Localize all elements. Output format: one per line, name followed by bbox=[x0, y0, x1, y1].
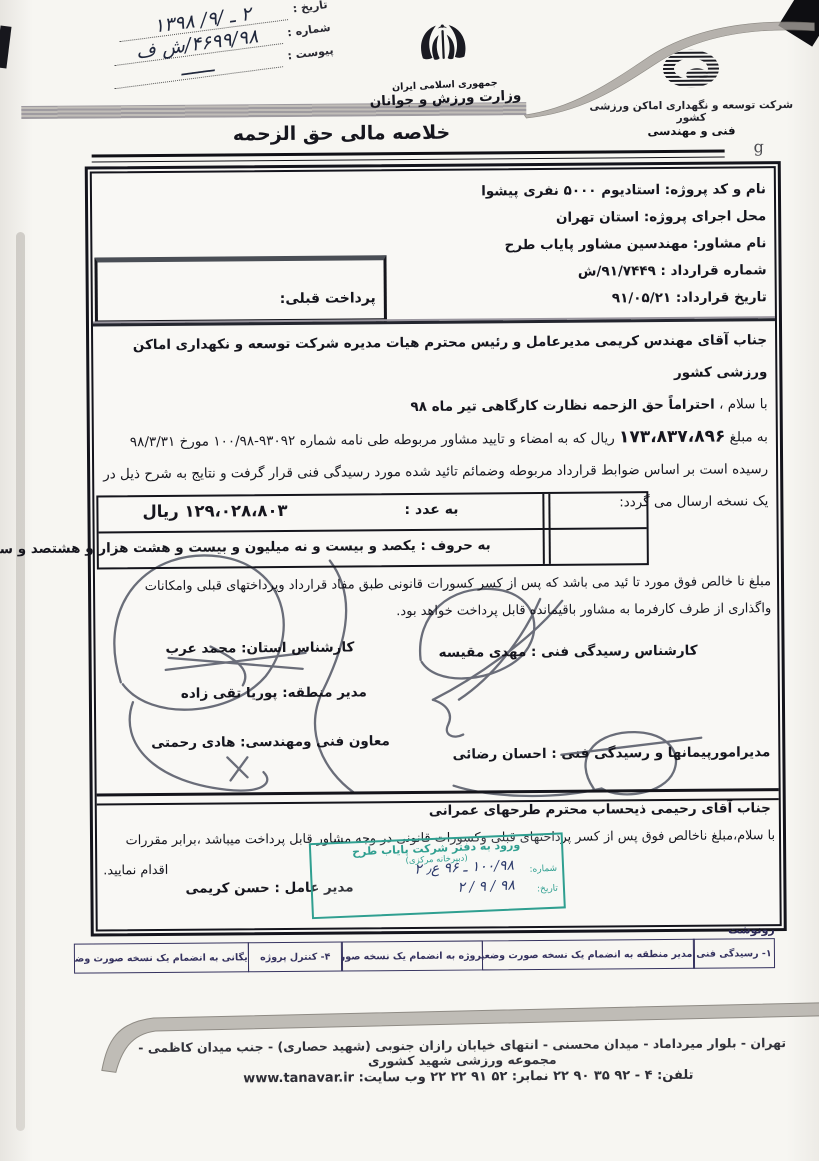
signature-technical-deputy: معاون فنی ومهندسی: هادی رحمتی bbox=[151, 733, 390, 751]
amount-box: به عدد : ۱۲۹،۰۲۸،۸۰۳ ریال به حروف : یکصد… bbox=[96, 491, 649, 569]
letter-line4: رسیده است بر اساس ضوابط قرارداد مربوطه و… bbox=[100, 453, 768, 490]
letter-amount-suffix: ریال که به امضاء و تایید مشاور مربوطه طی… bbox=[130, 430, 615, 450]
distribution-item-5: ۵- بایگانی به انضمام یک نسخه صورت وضعیت bbox=[74, 942, 249, 973]
amount-words-label: به حروف : bbox=[420, 537, 490, 554]
consultant-line: نام مشاور: مهندسین مشاور پایاب طرح bbox=[482, 230, 767, 259]
footer-contact: تلفن: ۴ - ۹۲ ۳۵ ۹۰ ۲۲ نمابر: ۵۲ ۹۱ ۲۲ ۲۲… bbox=[204, 1067, 733, 1086]
amount-words-row: به حروف : یکصد و بیست و نه میلیون و بیست… bbox=[99, 529, 647, 567]
attachment-label: پیوست : bbox=[287, 44, 335, 67]
letter-amount-line: به مبلغ ۱۷۳،۸۳۷،۸۹۶ ریال که به امضاء و ت… bbox=[100, 420, 768, 458]
contracts-manager-name: احسان رضائی bbox=[453, 746, 547, 763]
contract-date-label: تاریخ قرارداد: bbox=[676, 289, 767, 306]
province-expert-name: محمد عرب bbox=[165, 640, 236, 657]
letter-addressee: جناب آقای مهندس کریمی مدیرعامل و رئیس مح… bbox=[99, 324, 767, 393]
registry-block: تاریخ : ۲ ـ /۹/ ۱۳۹۸ شماره : ۴۶۹۹/۹۸/ش ف… bbox=[19, 0, 335, 103]
stray-glyph: g bbox=[754, 137, 764, 156]
confirmation-line2: واگذاری از طرف کارفرما به مشاور باقیماند… bbox=[101, 595, 771, 627]
review-expert-label: کارشناس رسیدگی فنی : bbox=[531, 643, 698, 660]
amount-words-value: یکصد و بیست و نه میلیون و بیست و هشت هزا… bbox=[0, 538, 416, 558]
region-manager-name: پوریا تقی زاده bbox=[181, 685, 278, 702]
amount-numeric-row: به عدد : ۱۲۹،۰۲۸،۸۰۳ ریال bbox=[98, 493, 646, 533]
ministry-header: جمهوری اسلامی ایران وزارت ورزش و جوانان bbox=[357, 18, 530, 110]
contract-number-value: ۹۱/۷۴۴۹/ش bbox=[578, 263, 656, 280]
company-division: فنی و مهندسی bbox=[586, 123, 796, 139]
distribution-header: رونوشت bbox=[728, 923, 775, 936]
letter-greeting: با سلام ، bbox=[719, 396, 768, 412]
review-expert-name: مهدی مقیسه bbox=[439, 644, 527, 661]
previous-payment-label: پرداخت قبلی: bbox=[97, 260, 383, 308]
distribution-item-2: ۲- مدیر منطقه به انضمام یک نسخه صورت وضع… bbox=[481, 939, 694, 971]
signature-contracts-manager: مدیرامورپیمانها و رسیدگی فنی : احسان رضا… bbox=[453, 744, 771, 762]
payment-instruction-end: اقدام نمایید. bbox=[103, 863, 168, 879]
main-form-inner: نام و کد پروژه: استادیوم ۵۰۰۰ نفری پیشوا… bbox=[90, 166, 782, 931]
region-manager-label: مدیر منطقه: bbox=[282, 684, 367, 701]
company-header: شرکت توسعه و نگهداری اماکن ورزشی کشور فن… bbox=[586, 47, 797, 139]
letter-subject: احتراماً حق الزحمه نظارت کارگاهی تیر ماه… bbox=[410, 397, 714, 415]
amount-words: به حروف : یکصد و بیست و نه میلیون و بیست… bbox=[0, 537, 491, 557]
letter-subject-line: با سلام ، احتراماً حق الزحمه نظارت کارگا… bbox=[100, 388, 768, 425]
stamp-number-label: شماره: bbox=[529, 864, 557, 875]
project-location-value: استان تهران bbox=[556, 209, 639, 226]
footer-address: تهران - بلوار میرداماد - میدان محسنی - ا… bbox=[124, 1035, 801, 1070]
main-form-box: نام و کد پروژه: استادیوم ۵۰۰۰ نفری پیشوا… bbox=[85, 161, 787, 936]
signature-region-manager: مدیر منطقه: پوریا تقی زاده bbox=[181, 684, 367, 701]
date-label: تاریخ : bbox=[292, 0, 329, 19]
amount-numeric-label: به عدد : bbox=[404, 502, 458, 518]
contract-date-line: تاریخ قرارداد: ۹۱/۰۵/۲۱ bbox=[482, 284, 767, 313]
signature-review-expert: کارشناس رسیدگی فنی : مهدی مقیسه bbox=[439, 643, 698, 661]
project-name-label: نام و کد پروژه: bbox=[665, 181, 766, 198]
stamp-number-value: ۱۰۰/۹۸ ـ ۹۶ ع٫ ۲ bbox=[414, 858, 514, 878]
distribution-row: ۱- رسیدگی فنی ۲- مدیر منطقه به انضمام یک… bbox=[68, 938, 775, 974]
distribution-item-4: ۴- کنترل پروژه bbox=[248, 942, 343, 973]
amount-numeric-value: ۱۲۹،۰۲۸،۸۰۳ ریال bbox=[142, 501, 287, 521]
project-name-line: نام و کد پروژه: استادیوم ۵۰۰۰ نفری پیشوا bbox=[481, 176, 766, 205]
letter-amount-prefix: به مبلغ bbox=[730, 429, 768, 445]
page-title: خلاصه مالی حق الزحمه bbox=[221, 122, 461, 146]
contract-number-label: شماره قرارداد : bbox=[660, 262, 766, 279]
document: تاریخ : ۲ ـ /۹/ ۱۳۹۸ شماره : ۴۶۹۹/۹۸/ش ف… bbox=[0, 0, 819, 1161]
project-name-value: استادیوم ۵۰۰۰ نفری پیشوا bbox=[481, 182, 660, 199]
previous-payment-box: پرداخت قبلی: bbox=[94, 255, 387, 323]
office-entry-stamp: ورود به دفتر شرکت پایاب طرح (دبیرخانه مر… bbox=[309, 832, 566, 919]
project-location-line: محل اجرای پروژه: استان تهران bbox=[481, 203, 766, 232]
contract-date-value: ۹۱/۰۵/۲۱ bbox=[612, 290, 671, 306]
company-name: شرکت توسعه و نگهداری اماکن ورزشی کشور bbox=[586, 99, 796, 125]
stamp-date-label: تاریخ: bbox=[537, 884, 558, 895]
iran-emblem-icon bbox=[418, 21, 468, 75]
consultant-value: مهندسین مشاور پایاب طرح bbox=[504, 236, 688, 253]
stamp-date-value: ۹۸ / ۹ / ۲ bbox=[457, 877, 515, 895]
project-info: نام و کد پروژه: استادیوم ۵۰۰۰ نفری پیشوا… bbox=[481, 176, 767, 313]
title-underline bbox=[92, 150, 725, 163]
consultant-label: نام مشاور: bbox=[693, 235, 767, 252]
accountant-addressee: جناب آقای رحیمی ذیحساب محترم طرحهای عمرا… bbox=[429, 800, 771, 819]
province-expert-label: کارشناس استان: bbox=[241, 639, 354, 656]
signature-province-expert: کارشناس استان: محمد عرب bbox=[165, 639, 354, 656]
confirmation-text: مبلغ نا خالص فوق مورد تا ئید می باشد که … bbox=[101, 568, 771, 627]
distribution-item-3: ۳- مشاور پروژه به انضمام یک نسخه صورت وض… bbox=[341, 940, 483, 971]
project-location-label: محل اجرای پروژه: bbox=[644, 208, 766, 225]
contracts-manager-label: مدیرامورپیمانها و رسیدگی فنی : bbox=[551, 744, 770, 762]
company-logo bbox=[659, 48, 723, 95]
contract-number-line: شماره قرارداد : ۹۱/۷۴۴۹/ش bbox=[482, 257, 767, 286]
technical-deputy-name: هادی رحمتی bbox=[151, 734, 235, 751]
distribution-item-1: ۱- رسیدگی فنی bbox=[693, 938, 775, 969]
ceo-name: حسن کریمی bbox=[185, 880, 269, 897]
technical-deputy-label: معاون فنی ومهندسی: bbox=[240, 733, 390, 750]
scanned-letter-page: تاریخ : ۲ ـ /۹/ ۱۳۹۸ شماره : ۴۶۹۹/۹۸/ش ف… bbox=[0, 0, 819, 1161]
letter-gross-amount: ۱۷۳،۸۳۷،۸۹۶ bbox=[619, 427, 725, 448]
